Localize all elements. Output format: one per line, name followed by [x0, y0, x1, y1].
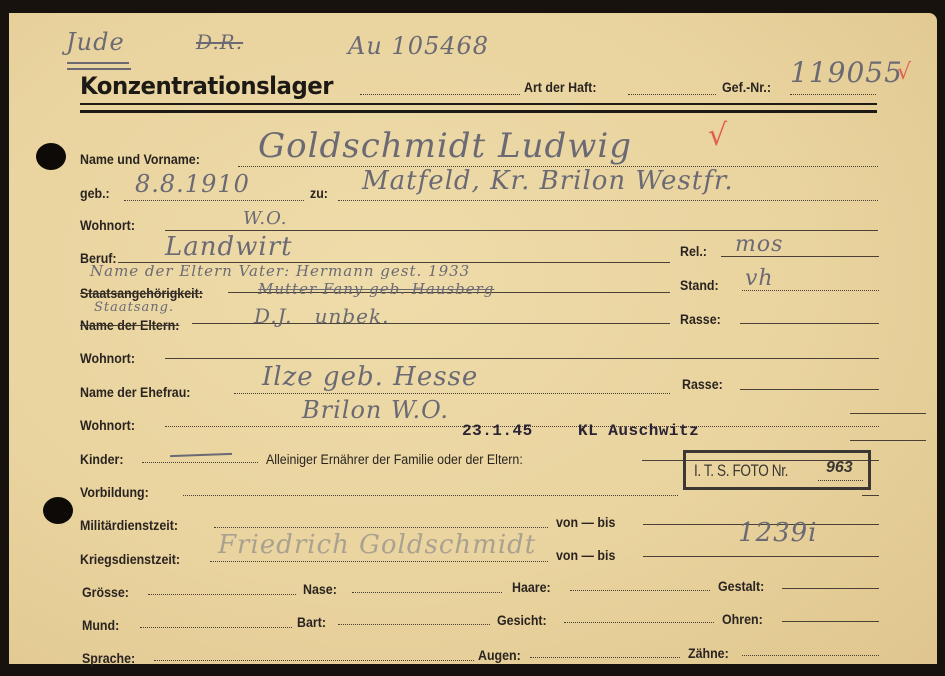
- staatsangehoerigkeit-label: Staatsangehörigkeit:: [80, 286, 203, 301]
- rasse-line: [740, 323, 879, 324]
- bart-label: Bart:: [297, 615, 326, 630]
- gesicht-line: [564, 622, 714, 623]
- gef-nr-label: Gef.-Nr.:: [722, 80, 771, 95]
- typed-camp: KL Auschwitz: [578, 422, 699, 440]
- gef-nr-line: [790, 94, 876, 95]
- gef-nr-value: 119055: [790, 56, 903, 89]
- rasse-ehefrau-label: Rasse:: [682, 377, 723, 392]
- geb-label: geb.:: [80, 186, 110, 201]
- underline-mark: [67, 62, 129, 64]
- groesse-label: Grösse:: [82, 585, 129, 600]
- double-rule-top: [80, 103, 877, 105]
- krieg-von-bis-label: von — bis: [556, 548, 615, 563]
- staatsang-note: Staatsang.: [94, 300, 174, 315]
- stamp-dotted-line: [818, 480, 863, 481]
- geb-value: 8.8.1910: [135, 170, 250, 198]
- margin-line: [850, 440, 926, 441]
- faint-signature: Friedrich Goldschmidt: [218, 530, 536, 560]
- ehefrau-label: Name der Ehefrau:: [80, 385, 190, 400]
- underline-mark: [67, 68, 131, 70]
- staatsangehoerigkeit-value: Mutter Fany geb. Hausberg: [258, 280, 494, 298]
- punch-hole: [43, 497, 73, 524]
- ohren-line: [782, 621, 879, 622]
- double-rule-bottom: [80, 110, 877, 113]
- militaer-von-bis-label: von — bis: [556, 515, 615, 530]
- wohnort-label: Wohnort:: [80, 218, 135, 233]
- title-line: [360, 94, 520, 95]
- rasse-label: Rasse:: [680, 312, 721, 327]
- zu-line: [338, 200, 878, 201]
- zaehne-label: Zähne:: [688, 646, 729, 661]
- vorbildung-line-end: [862, 495, 879, 496]
- augen-label: Augen:: [478, 648, 521, 663]
- ernaehrer-label: Alleiniger Ernährer der Familie oder der…: [266, 452, 523, 467]
- gestalt-label: Gestalt:: [718, 579, 764, 594]
- kriegsdienstzeit-line: [210, 561, 548, 562]
- rasse-ehefrau-line: [740, 389, 879, 390]
- archive-number: Au 105468: [348, 32, 489, 60]
- wohnort-line: [165, 230, 878, 231]
- krieg-von-bis-line: [643, 556, 879, 557]
- struck-annotation: D.R.: [196, 30, 243, 54]
- mund-line: [140, 627, 292, 628]
- vorbildung-label: Vorbildung:: [80, 485, 149, 500]
- kinder-label: Kinder:: [80, 452, 123, 467]
- ehefrau-value: Ilze geb. Hesse: [262, 362, 478, 392]
- name-value: Goldschmidt Ludwig: [258, 126, 632, 166]
- wohnort-ehefrau-value: Brilon W.O.: [302, 396, 449, 424]
- nase-line: [352, 592, 502, 593]
- ohren-label: Ohren:: [722, 612, 763, 627]
- kriegsdienstzeit-label: Kriegsdienstzeit:: [80, 552, 180, 567]
- vorbildung-line: [183, 495, 678, 496]
- art-der-haft-line: [628, 94, 716, 95]
- zaehne-line: [742, 655, 879, 656]
- groesse-line: [148, 594, 296, 595]
- militaerdienstzeit-line: [214, 527, 548, 528]
- name-der-eltern-value: D.J. unbek.: [254, 304, 389, 328]
- margin-line: [850, 413, 926, 414]
- stand-label: Stand:: [680, 278, 719, 293]
- stamp-label: I. T. S. FOTO Nr.: [694, 461, 788, 481]
- its-foto-stamp: I. T. S. FOTO Nr. 963: [683, 450, 871, 490]
- stand-value: vh: [745, 266, 774, 291]
- geb-line: [124, 200, 304, 201]
- red-check-icon: √: [897, 60, 912, 85]
- stamp-number: 963: [826, 459, 853, 477]
- red-check-icon: √: [708, 118, 728, 153]
- name-der-eltern-label: Name der Eltern:: [80, 318, 179, 333]
- haare-label: Haare:: [512, 580, 551, 595]
- wohnort-ehefrau-label: Wohnort:: [80, 418, 135, 433]
- ehefrau-line: [234, 393, 670, 394]
- wohnort-eltern-line: [165, 358, 879, 359]
- beruf-value: Landwirt: [165, 232, 293, 262]
- gesicht-label: Gesicht:: [497, 613, 547, 628]
- rel-value: mos: [735, 232, 783, 257]
- augen-line: [530, 657, 680, 658]
- card-bottom-edge: [0, 664, 945, 676]
- wohnort-eltern-label: Wohnort:: [80, 351, 135, 366]
- name-label: Name und Vorname:: [80, 152, 200, 167]
- haare-line: [570, 590, 710, 591]
- zu-value: Matfeld, Kr. Brilon Westfr.: [362, 166, 734, 196]
- kinder-line: [142, 462, 258, 463]
- sprache-line: [154, 660, 474, 661]
- art-der-haft-label: Art der Haft:: [524, 80, 596, 95]
- krieg-value: 1239i: [738, 518, 817, 548]
- nase-label: Nase:: [303, 582, 337, 597]
- card-title: Konzentrationslager: [80, 72, 333, 100]
- rel-label: Rel.:: [680, 244, 707, 259]
- punch-hole: [36, 143, 66, 170]
- zu-label: zu:: [310, 186, 328, 201]
- sprache-label: Sprache:: [82, 651, 135, 666]
- mund-label: Mund:: [82, 618, 119, 633]
- eltern-note: Name der Eltern Vater: Hermann gest. 193…: [90, 262, 470, 280]
- militaerdienstzeit-label: Militärdienstzeit:: [80, 518, 178, 533]
- gestalt-line: [782, 588, 879, 589]
- bart-line: [338, 624, 490, 625]
- wohnort-value: W.O.: [243, 208, 288, 229]
- jude-annotation: Jude: [66, 28, 125, 56]
- typed-date: 23.1.45: [462, 422, 533, 440]
